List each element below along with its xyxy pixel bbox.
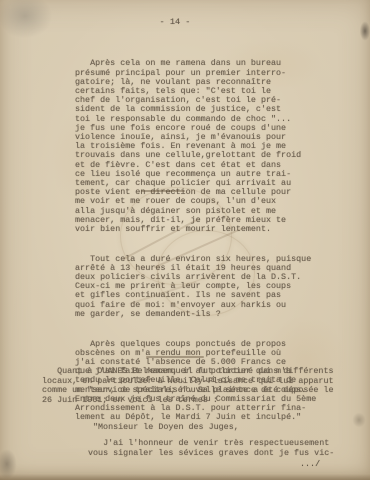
scan-corner-smudge — [0, 0, 64, 48]
page-bottom-edge-shadow — [0, 474, 370, 480]
pencil-underline — [141, 190, 185, 192]
letter-body: J'ai l'honneur de venir très respectueus… — [88, 439, 334, 458]
scan-edge-smudge — [358, 18, 370, 44]
continuation-mark: .../ — [300, 460, 320, 469]
scanned-document-page: - 14 - Après cela on me ramena dans un b… — [0, 0, 370, 480]
narrative-paragraph-ouanes: Quant à OUANES Belkacem, il fut torturé … — [42, 367, 334, 406]
pencil-underline — [146, 356, 204, 358]
page-number: - 14 - — [130, 18, 220, 27]
scan-edge-smudge — [350, 410, 368, 430]
scan-corner-smudge — [0, 444, 20, 480]
letter-salutation: "Monsieur le Doyen des Juges, — [93, 423, 239, 432]
